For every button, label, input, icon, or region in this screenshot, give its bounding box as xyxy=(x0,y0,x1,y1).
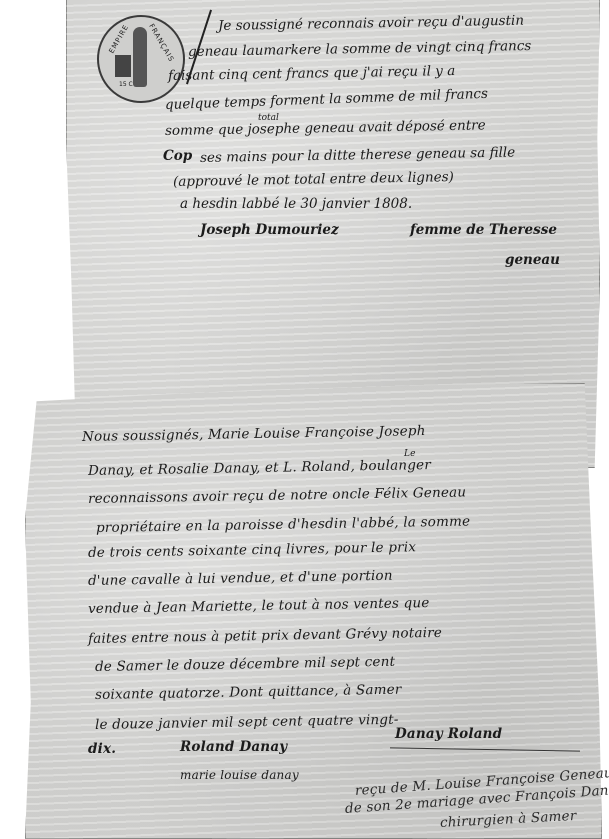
bottom-line-7: vendue à Jean Mariette, le tout à nos ve… xyxy=(88,595,430,617)
bottom-line-2: Danay, et Rosalie Danay, et L. Roland, b… xyxy=(88,457,431,479)
bottom-line-5: de trois cents soixante cinq livres, pou… xyxy=(88,539,416,561)
top-line-8-date: a hesdin labbé le 30 janvier 1808. xyxy=(180,196,412,212)
signature-roland-danay: Roland Danay xyxy=(180,739,287,755)
bottom-receipt-content: Nous soussignés, Marie Louise Françoise … xyxy=(0,383,609,839)
bottom-line-11: le douze janvier mil sept cent quatre vi… xyxy=(95,712,399,733)
bottom-line-3: reconnaissons avoir reçu de notre oncle … xyxy=(88,484,467,507)
signature-danay-roland: Danay Roland xyxy=(395,726,502,742)
signature-underline xyxy=(390,747,580,751)
bottom-line-6: d'une cavalle à lui vendue, et d'une por… xyxy=(88,568,393,589)
archival-note-line-3: chirurgien à Samer xyxy=(440,808,577,831)
signature-joseph-dumouriez: Joseph Dumouriez xyxy=(200,222,339,238)
signature-marie-louise-danay: marie louise danay xyxy=(180,768,299,782)
empire-francais-tax-stamp: EMPIRE FRANÇAIS 15 C xyxy=(97,15,185,103)
bottom-line-12: dix. xyxy=(88,741,116,757)
top-line-3: faisant cinq cent francs que j'ai reçu i… xyxy=(168,63,455,84)
top-line-1: Je soussigné reconnais avoir reçu d'augu… xyxy=(218,13,524,34)
top-line-7: (approuvé le mot total entre deux lignes… xyxy=(173,169,454,190)
bottom-line-10: soixante quatorze. Dont quittance, à Sam… xyxy=(95,682,402,703)
bottom-line-9: de Samer le douze décembre mil sept cent xyxy=(95,654,395,675)
top-margin-note: Cop xyxy=(163,148,192,164)
top-line-2: geneau laumarkere la somme de vingt cinq… xyxy=(188,38,532,60)
signature-geneau: geneau xyxy=(505,252,560,268)
top-line-5: somme que josephe geneau avait déposé en… xyxy=(165,117,486,139)
bottom-line-8: faites entre nous à petit prix devant Gr… xyxy=(88,625,442,647)
bottom-line-1: Nous soussignés, Marie Louise Françoise … xyxy=(82,423,426,445)
stamp-label-right: FRANÇAIS xyxy=(147,22,175,63)
stamp-shield-icon xyxy=(115,55,131,77)
stamp-label-left: EMPIRE xyxy=(108,23,131,55)
stamp-year: 15 C xyxy=(119,81,133,88)
top-line-4: quelque temps forment la somme de mil fr… xyxy=(165,86,488,113)
top-line-6: ses mains pour la ditte therese geneau s… xyxy=(200,145,515,166)
stamp-figure-icon xyxy=(133,27,147,87)
signature-femme-de-theresse: femme de Theresse xyxy=(410,222,557,238)
bottom-line-4: propriétaire en la paroisse d'hesdin l'a… xyxy=(96,513,470,536)
